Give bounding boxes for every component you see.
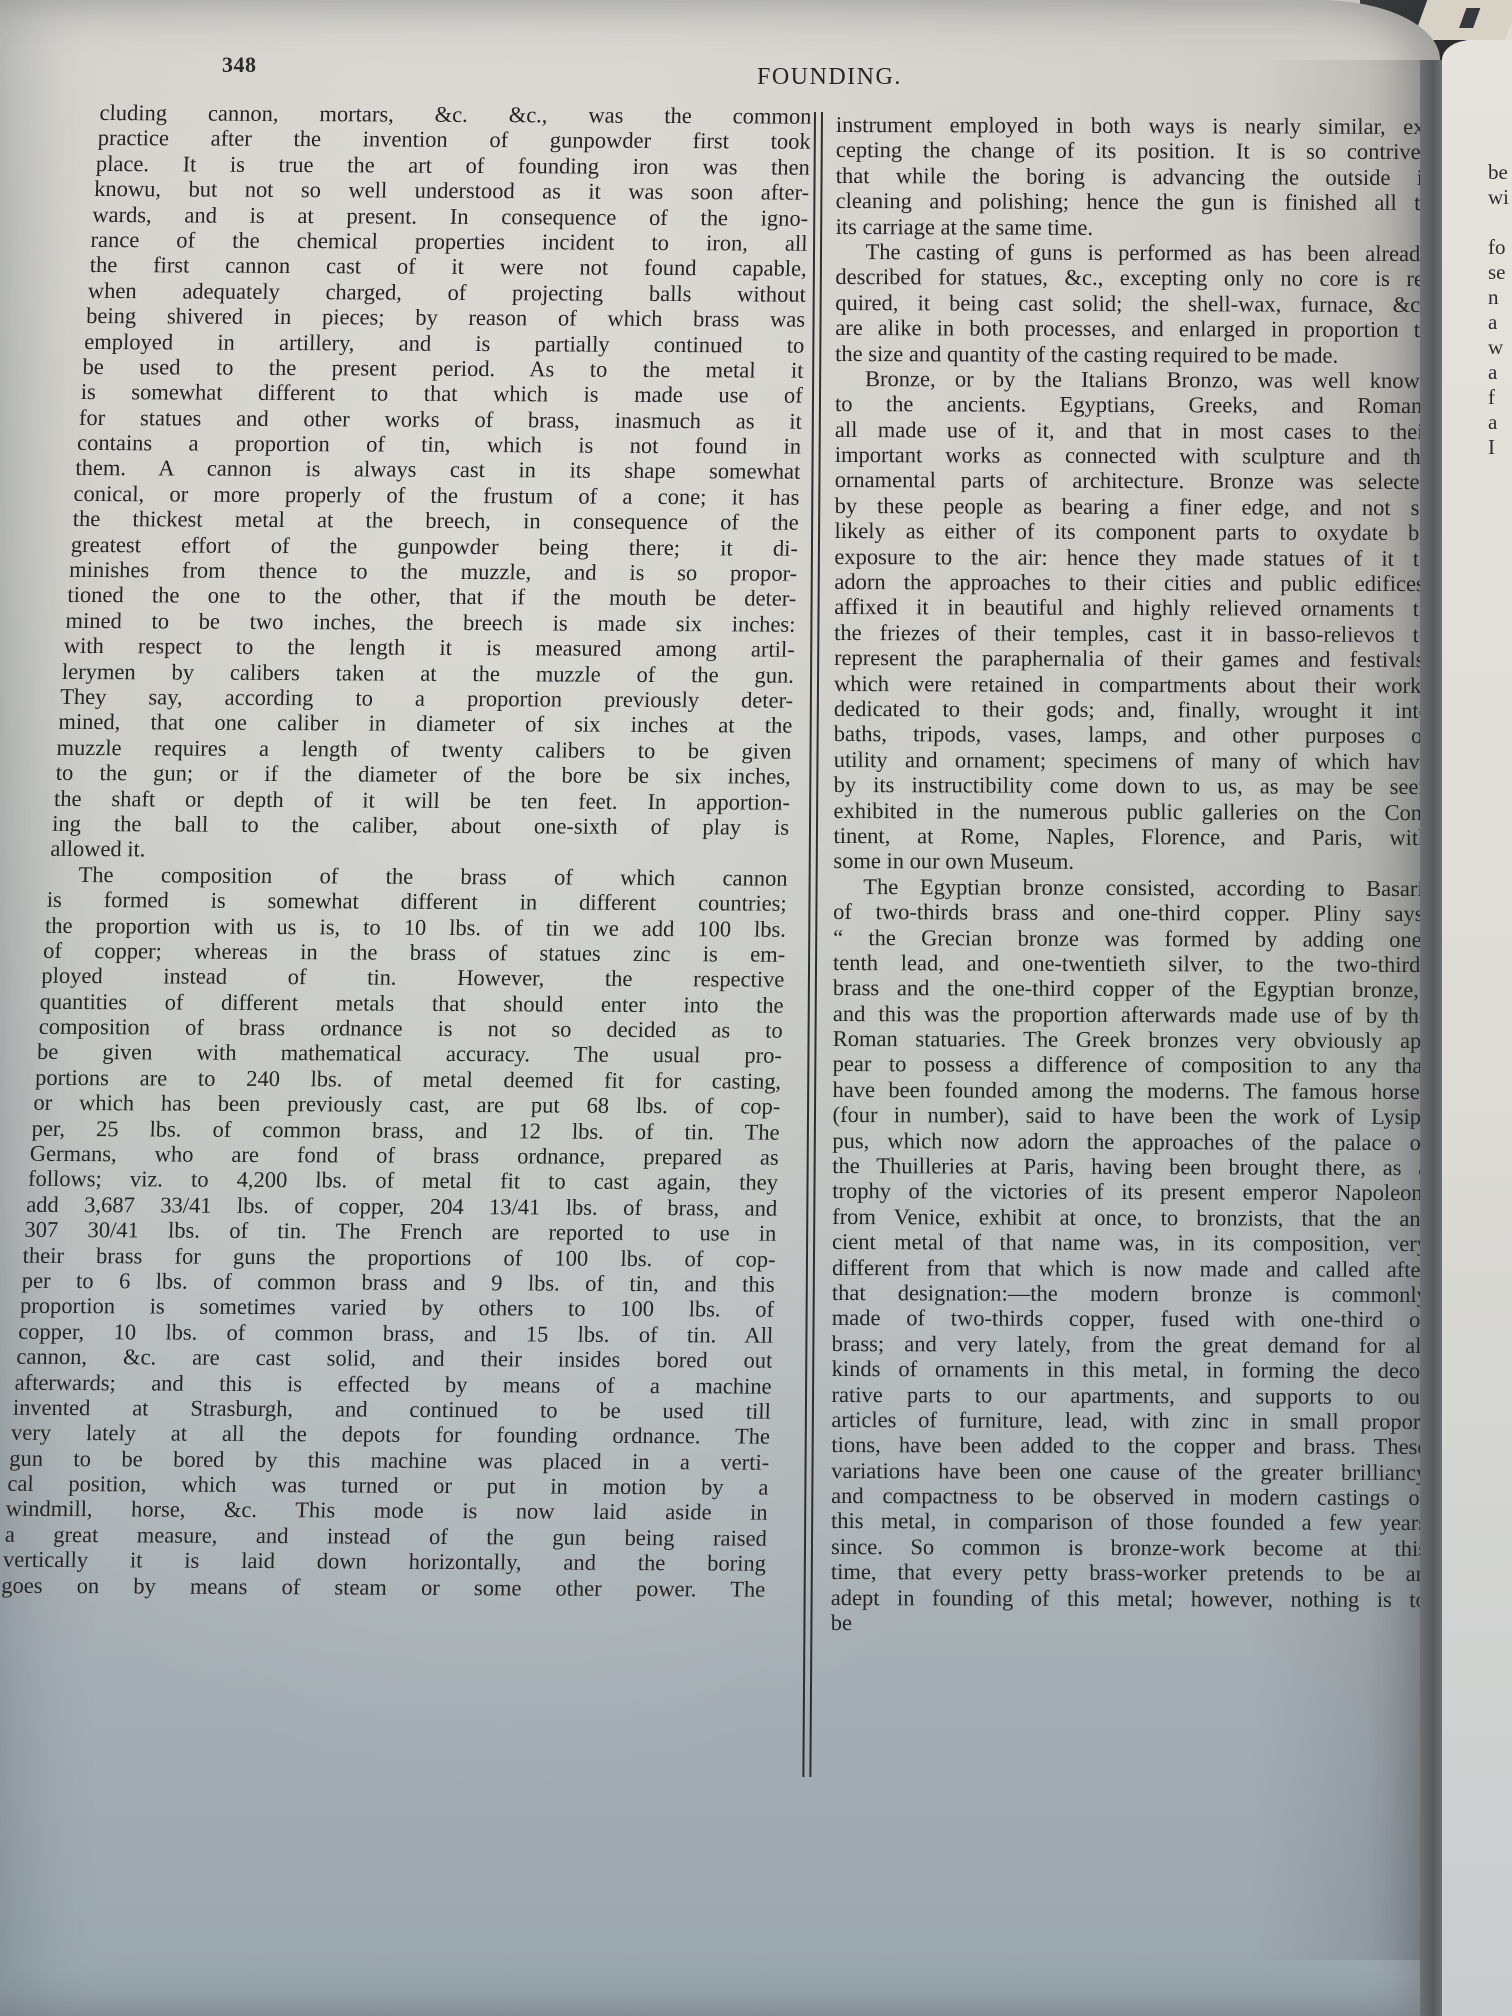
text-line: rance of the chemical properties inciden… — [90, 227, 808, 256]
text-line: proportion is sometimes varied by others… — [20, 1293, 775, 1322]
text-line: have been founded among the moderns. The… — [833, 1077, 1429, 1104]
text-line: the Thuilleries at Paris, having been br… — [832, 1153, 1428, 1180]
text-line: tenth lead, and one-twentieth silver, to… — [833, 950, 1429, 977]
text-line: practice after the invention of gunpowde… — [97, 125, 811, 154]
text-line: cient metal of that name was, in its com… — [832, 1229, 1428, 1256]
left-column: cluding cannon, mortars, &c. &c., was th… — [53, 100, 812, 1602]
text-line: contains a proportion of tin, which is n… — [77, 430, 802, 459]
facing-page-text-fragment: w — [1488, 335, 1503, 360]
text-line: represent the paraphernalia of their gam… — [834, 645, 1430, 672]
text-line: They say, according to a proportion prev… — [60, 684, 794, 713]
text-line: some in our own Museum. — [833, 848, 1429, 875]
text-line: of copper; whereas in the brass of statu… — [43, 938, 786, 967]
text-line: them. A cannon is always cast in its sha… — [75, 455, 801, 484]
text-line: greatest effort of the gunpowder being t… — [71, 532, 799, 561]
text-line: made of two-thirds copper, fused with on… — [832, 1305, 1428, 1332]
text-line: since. So common is bronze-work become a… — [831, 1534, 1427, 1561]
text-line: quantities of different metals that shou… — [39, 988, 784, 1017]
text-line: trophy of the victories of its present e… — [832, 1178, 1428, 1205]
text-line: and this was the proportion afterwards m… — [833, 1001, 1429, 1028]
text-line: the shaft or depth of it will be ten fee… — [54, 785, 791, 814]
facing-page-text-fragment: be — [1488, 160, 1508, 185]
text-line: The composition of the brass of which ca… — [48, 862, 788, 891]
text-line: be — [831, 1610, 1427, 1637]
facing-page: bewifosenawafaI — [1442, 40, 1512, 2016]
text-line: of two-thirds brass and one-third copper… — [833, 899, 1429, 926]
text-line: is formed is somewhat different in diffe… — [46, 887, 787, 916]
text-line: utility and ornament; specimens of many … — [834, 747, 1430, 774]
text-line: a great measure, and instead of the gun … — [5, 1522, 768, 1551]
left-page: 348 FOUNDING. cluding cannon, mortars, &… — [0, 0, 1440, 2016]
facing-page-text-fragment: wi — [1488, 185, 1509, 210]
text-line: per to 6 lbs. of common brass and 9 lbs.… — [22, 1268, 776, 1297]
text-line: composition of brass ordnance is not so … — [38, 1014, 783, 1043]
text-line: variations have been one cause of the gr… — [831, 1458, 1427, 1485]
text-line: by its instructibility come down to us, … — [834, 772, 1430, 799]
text-line: Bronze, or by the Italians Bronzo, was w… — [835, 366, 1431, 393]
text-line: “ the Grecian bronze was formed by addin… — [833, 924, 1429, 951]
text-line: quired, it being cast solid; the shell-w… — [835, 290, 1431, 317]
book-photo: 348 FOUNDING. cluding cannon, mortars, &… — [0, 0, 1512, 2016]
text-line: dedicated to their gods; and, finally, w… — [834, 696, 1430, 723]
text-line: mined to be two inches, the breech is ma… — [65, 608, 796, 637]
text-line: add 3,687 33/41 lbs. of copper, 204 13/4… — [26, 1192, 778, 1221]
text-line: to the ancients. Egyptians, Greeks, and … — [835, 391, 1431, 418]
text-line: kinds of ornaments in this metal, in for… — [832, 1356, 1428, 1383]
text-line: cal position, which was turned or put in… — [7, 1471, 769, 1500]
text-line: wards, and is at present. In consequence… — [92, 202, 809, 231]
text-line: instrument employed in both ways is near… — [836, 112, 1432, 139]
text-line: be given with mathematical accuracy. The… — [37, 1039, 783, 1068]
text-line: (four in number), said to have been the … — [832, 1102, 1428, 1129]
text-line: affixed it in beautiful and highly relie… — [834, 594, 1430, 621]
text-line: gun to be bored by this machine was plac… — [9, 1445, 770, 1474]
text-line: and compactness to be observed in modern… — [831, 1483, 1427, 1510]
text-line: Germans, who are fond of brass ordnance,… — [29, 1141, 779, 1170]
text-line: ing the ball to the caliber, about one-s… — [52, 811, 790, 840]
text-line: the thickest metal at the breech, in con… — [72, 506, 799, 535]
text-line: from Venice, exhibit at once, to bronzis… — [832, 1204, 1428, 1231]
text-line: cleaning and polishing; hence the gun is… — [836, 188, 1432, 215]
text-line: The Egyptian bronze consisted, according… — [833, 874, 1429, 901]
text-line: its carriage at the same time. — [836, 214, 1432, 241]
text-line: exposure to the air: hence they made sta… — [834, 544, 1430, 571]
text-line: cannon, &c. are cast solid, and their in… — [16, 1344, 773, 1373]
text-line: their brass for guns the proportions of … — [22, 1242, 776, 1271]
text-line: afterwards; and this is effected by mean… — [14, 1369, 772, 1398]
text-line: with respect to the length it is measure… — [63, 633, 795, 662]
text-line: windmill, horse, &c. This mode is now la… — [5, 1496, 768, 1525]
text-line: that while the boring is advancing the o… — [836, 163, 1432, 190]
text-line: brass and the one-third copper of the Eg… — [833, 975, 1429, 1002]
text-line: by these people as bearing a finer edge,… — [835, 493, 1431, 520]
text-line: tioned the one to the other, that if the… — [67, 582, 797, 611]
text-line: adept in founding of this metal; however… — [831, 1585, 1427, 1612]
text-line: invented at Strasburgh, and continued to… — [13, 1395, 772, 1424]
text-line: goes on by means of steam or some other … — [1, 1572, 766, 1601]
text-line: all made use of it, and that in most cas… — [835, 417, 1431, 444]
text-line: conical, or more properly of the frustum… — [73, 481, 800, 510]
text-line: baths, tripods, vases, lamps, and other … — [834, 721, 1430, 748]
text-line: allowed it. — [50, 836, 789, 865]
text-line: the first cannon cast of it were not fou… — [89, 252, 807, 281]
text-line: is somewhat different to that which is m… — [80, 379, 803, 408]
text-line: the size and quantity of the casting req… — [835, 341, 1431, 368]
text-line: the friezes of their temples, cast it in… — [834, 620, 1430, 647]
book-gutter — [1420, 60, 1442, 2016]
text-line: ployed instead of tin. However, the resp… — [41, 963, 785, 992]
text-line: be used to the present period. As to the… — [82, 354, 804, 383]
text-line: cluding cannon, mortars, &c. &c., was th… — [99, 100, 812, 129]
text-line: follows; viz. to 4,200 lbs. of metal fit… — [28, 1166, 779, 1195]
text-line: or which has been previously cast, are p… — [33, 1090, 781, 1119]
facing-page-text-fragment: se — [1488, 260, 1506, 285]
facing-page-text-fragment: a — [1488, 410, 1497, 435]
text-line: cepting the change of its position. It i… — [836, 137, 1432, 164]
column-rule-left — [802, 112, 816, 1777]
page-number: 348 — [222, 52, 257, 78]
text-line: pear to possess a difference of composit… — [833, 1051, 1429, 1078]
facing-page-text-fragment: a — [1488, 360, 1497, 385]
text-line: employed in artillery, and is partially … — [84, 328, 805, 357]
text-line: very lately at all the depots for foundi… — [11, 1420, 771, 1449]
running-head: FOUNDING. — [757, 64, 902, 91]
right-column: instrument employed in both ways is near… — [831, 112, 1432, 1638]
text-line: time, that every petty brass-worker pret… — [831, 1559, 1427, 1586]
facing-page-text-fragment: I — [1488, 435, 1495, 460]
text-line: the proportion with us is, to 10 lbs. of… — [45, 912, 787, 941]
text-line: knowu, but not so well understood as it … — [94, 176, 810, 205]
text-line: 307 30/41 lbs. of tin. The French are re… — [24, 1217, 777, 1246]
text-line: that designation:—the modern bronze is c… — [832, 1280, 1428, 1307]
text-line: muzzle requires a length of twenty calib… — [56, 735, 792, 764]
text-line: exhibited in the numerous public galleri… — [834, 798, 1430, 825]
text-line: vertically it is laid down horizontally,… — [3, 1547, 767, 1576]
text-line: portions are to 240 lbs. of metal deemed… — [35, 1065, 782, 1094]
text-line: adorn the approaches to their cities and… — [834, 569, 1430, 596]
text-line: likely as either of its component parts … — [834, 518, 1430, 545]
facing-page-text-fragment: f — [1488, 385, 1495, 410]
text-line: which were retained in compartments abou… — [834, 671, 1430, 698]
facing-page-text-fragment: fo — [1488, 235, 1506, 260]
text-line: this metal, in comparison of those found… — [831, 1508, 1427, 1535]
text-line: brass; and very lately, from the great d… — [832, 1331, 1428, 1358]
text-line: are alike in both processes, and enlarge… — [835, 315, 1431, 342]
text-line: lerymen by calibers taken at the muzzle … — [62, 658, 795, 687]
text-line: rative parts to our apartments, and supp… — [831, 1382, 1427, 1409]
background-object-mark — [1459, 8, 1480, 28]
text-line: important works as connected with sculpt… — [835, 442, 1431, 469]
text-line: ornamental parts of architecture. Bronze… — [835, 467, 1431, 494]
text-line: pus, which now adorn the approaches of t… — [832, 1128, 1428, 1155]
text-line: The casting of guns is performed as has … — [835, 239, 1431, 266]
text-line: tions, have been added to the copper and… — [831, 1432, 1427, 1459]
text-line: articles of furniture, lead, with zinc i… — [831, 1407, 1427, 1434]
text-line: described for statues, &c., excepting on… — [835, 264, 1431, 291]
text-line: being shivered in pieces; by reason of w… — [86, 303, 806, 332]
text-line: tinent, at Rome, Naples, Florence, and P… — [833, 823, 1429, 850]
text-line: to the gun; or if the diameter of the bo… — [55, 760, 791, 789]
text-line: per, 25 lbs. of common brass, and 12 lbs… — [31, 1115, 780, 1144]
text-line: when adequately charged, of projecting b… — [88, 278, 807, 307]
text-line: different from that which is now made an… — [832, 1255, 1428, 1282]
text-line: Roman statuaries. The Greek bronzes very… — [833, 1026, 1429, 1053]
text-line: place. It is true the art of founding ir… — [96, 151, 811, 180]
facing-page-text-fragment: a — [1488, 310, 1497, 335]
text-line: minishes from thence to the muzzle, and … — [69, 557, 798, 586]
text-line: for statues and other works of brass, in… — [79, 405, 803, 434]
text-line: copper, 10 lbs. of common brass, and 15 … — [18, 1319, 774, 1348]
text-line: mined, that one caliber in diameter of s… — [58, 709, 793, 738]
facing-page-text-fragment: n — [1488, 285, 1499, 310]
